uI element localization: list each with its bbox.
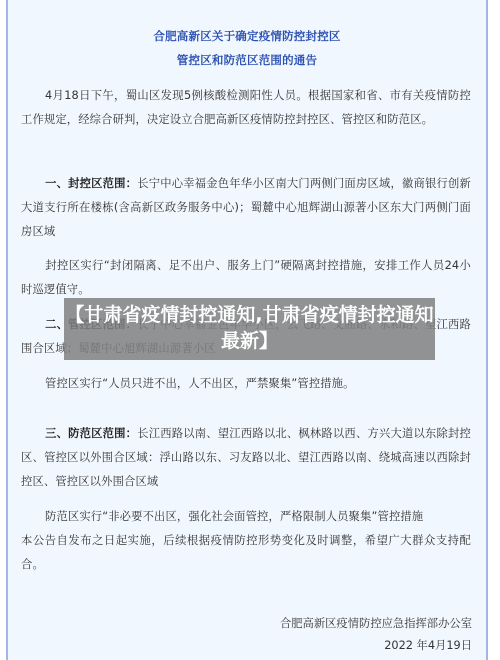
section3-measure-text: 防范区实行“非必要不出区，强化社会面管控，严格限制人员聚集”管控措施: [45, 510, 423, 523]
section3-paragraph: 三、防范区范围：长江西路以南、望江西路以北、枫林路以西、方兴大道以东除封控区、管…: [21, 422, 471, 494]
section1-label: 一、封控区范围：: [45, 177, 137, 190]
document-title-line2: 管控区和防范区范围的通告: [8, 52, 486, 68]
section1-measure: 封控区实行“封闭隔离、足不出户、服务上门”硬隔离封控措施，安排工作人员24小时巡…: [21, 254, 471, 302]
date: 2022 年4月19日: [384, 637, 472, 653]
section3-measure: 防范区实行“非必要不出区，强化社会面管控，严格限制人员聚集”管控措施 本公告自发…: [21, 505, 471, 577]
signature: 合肥高新区疫情防控应急指挥部办公室: [280, 615, 472, 631]
document-title-line1: 合肥高新区关于确定疫情防控封控区: [8, 28, 486, 44]
section2-measure-text: 管控区实行“人员只进不出，人不出区，严禁聚集”管控措施。: [45, 377, 355, 390]
intro-text: 4月18日下午，蜀山区发现5例核酸检测阳性人员。根据国家和省、市有关疫情防控工作…: [21, 89, 471, 126]
section3-label: 三、防范区范围：: [45, 427, 137, 440]
closing-text: 本公告自发布之日起实施，后续根据疫情防控形势变化及时调整，希望广大群众支持配合。: [21, 534, 471, 571]
section1-measure-text: 封控区实行“封闭隔离、足不出户、服务上门”硬隔离封控措施，安排工作人员24小时巡…: [21, 259, 471, 296]
section2-measure: 管控区实行“人员只进不出，人不出区，严禁聚集”管控措施。: [21, 372, 471, 396]
section1-paragraph: 一、封控区范围：长宁中心幸福金色年华小区南大门两侧门面房区域，徽商银行创新大道支…: [21, 172, 471, 244]
headline-overlay: 【甘肃省疫情封控通知,甘肃省疫情封控通知最新】: [64, 298, 435, 360]
intro-paragraph: 4月18日下午，蜀山区发现5例核酸检测阳性人员。根据国家和省、市有关疫情防控工作…: [21, 84, 471, 132]
